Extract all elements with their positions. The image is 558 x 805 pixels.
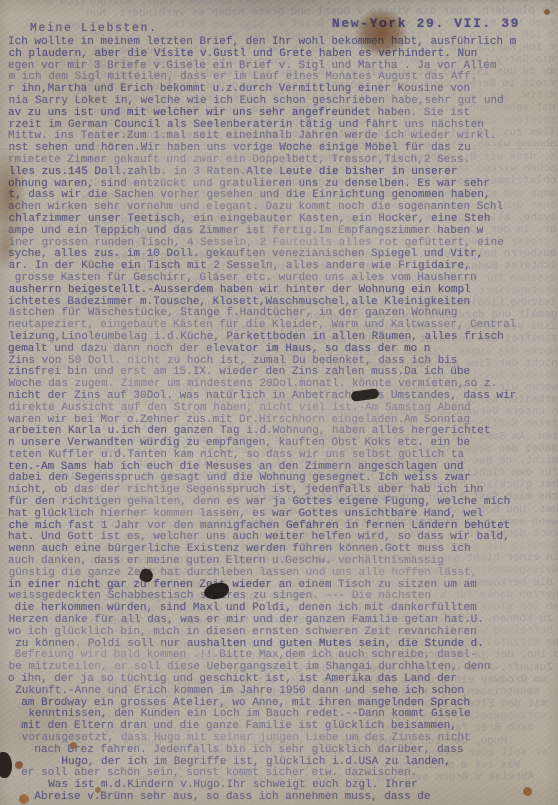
letter-line: teten Kuffler u.d.Tanten kam nicht, so d…: [9, 450, 558, 462]
letter-line: chlafzimmer unser Teetisch, ein eingebau…: [9, 214, 558, 226]
letter-line: ch plaudern, aber die Visite v.Gustl und…: [9, 49, 558, 61]
letter-greeting: Meine Liebsten.: [30, 22, 158, 35]
letter-line: leizung,Linoleumbelag i.d.Küche, Parkett…: [9, 332, 558, 344]
letter-line: nia Sarry Loket in, welche wie ich Euch …: [9, 96, 558, 108]
letter-line: Zukunft.-Anne und Erich kommen im Jahre …: [9, 686, 558, 698]
letter-body: Ich wollte in meinem letzten Brief, den …: [8, 37, 558, 804]
letter-line: direkte Aussicht auf den Strom haben, ni…: [9, 403, 558, 415]
letter-line: lles zus.145 Doll.zahlb. in 3 Raten.Alte…: [9, 167, 558, 179]
letter-line: ausherrn beigestellt.-Ausserdem haben wi…: [9, 285, 558, 297]
letter-line: Abreise v.Brünn sehr aus, so dass ich an…: [8, 792, 558, 804]
letter-line: günstig die ganze Zeit hat durchleben la…: [9, 568, 558, 580]
letter-date: New-York 29. VII. 39: [332, 16, 520, 31]
letter-scan: Ich wollte in meinem letzten Brief, den …: [0, 0, 558, 805]
